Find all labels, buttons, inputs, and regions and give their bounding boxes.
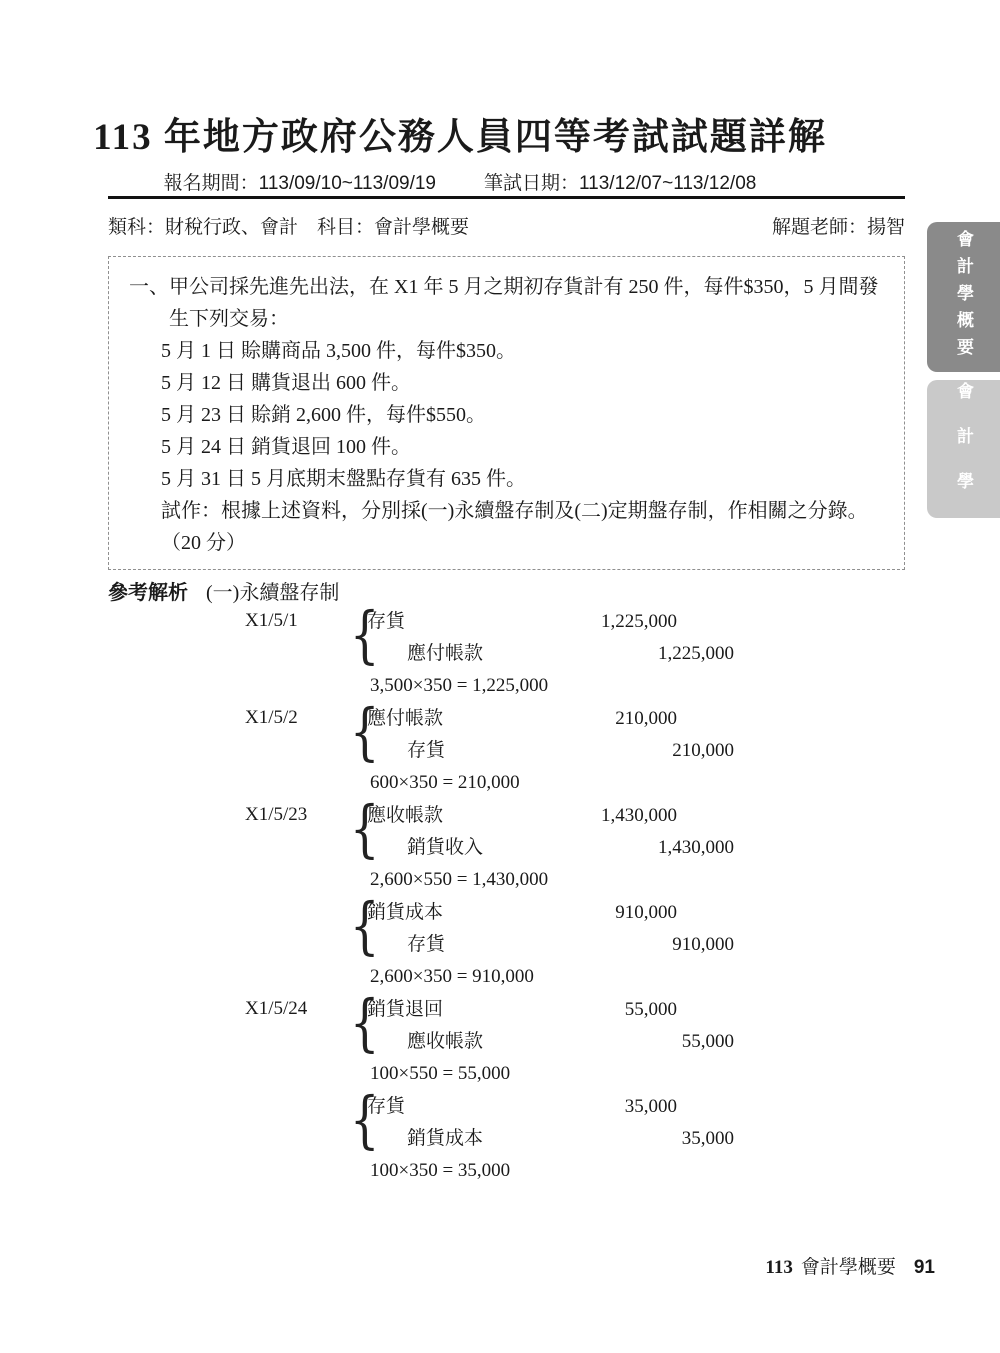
entry-date: X1/5/24: [245, 998, 307, 1020]
debit-row: 銷貨退回 55,000: [367, 994, 1000, 1026]
debit-amount: 1,225,000: [367, 606, 677, 638]
transaction-line: 5 月 31 日 5 月底期末盤點存貨有 635 件。: [161, 463, 888, 495]
credit-row: 存貨 210,000: [367, 735, 1000, 767]
exam-solution-page: 113 年地方政府公務人員四等考試試題詳解 報名期間：113/09/10~113…: [0, 0, 1000, 1353]
question-intro-text: 甲公司採先進先出法，在 X1 年 5 月之期初存貨計有 250 件，每件$350…: [169, 276, 878, 330]
written-exam-date: 筆試日期：113/12/07~113/12/08: [484, 168, 756, 195]
registration-period: 報名期間：113/09/10~113/09/19: [164, 168, 436, 195]
debit-amount: 55,000: [367, 994, 677, 1026]
credit-row: 應收帳款 55,000: [367, 1026, 1000, 1058]
debit-row: 存貨 35,000: [367, 1091, 1000, 1123]
credit-amount: 910,000: [367, 929, 734, 961]
teacher: 解題老師：揚智: [772, 212, 905, 239]
journal-entry: { 存貨 35,000 銷貨成本 35,000 100×350 = 35,000: [245, 1091, 1000, 1188]
debit-amount: 210,000: [367, 703, 677, 735]
transaction-line: 5 月 1 日 賒購商品 3,500 件，每件$350。: [161, 335, 888, 367]
page-footer: 113 會計學概要 91: [765, 1252, 935, 1279]
sidebar-tab-label: 會計學概要: [951, 230, 976, 365]
debit-row: 存貨 1,225,000: [367, 606, 1000, 638]
solution-header: 參考解析(一)永續盤存制: [108, 580, 905, 606]
exam-dates-row: 報名期間：113/09/10~113/09/19 筆試日期：113/12/07~…: [0, 168, 920, 195]
entry-rows: { 應付帳款 210,000 存貨 210,000: [367, 703, 1000, 767]
credit-row: 存貨 910,000: [367, 929, 1000, 961]
journal-entry: X1/5/1 { 存貨 1,225,000 應付帳款 1,225,000 3,5…: [245, 606, 1000, 703]
entry-rows: { 銷貨成本 910,000 存貨 910,000: [367, 897, 1000, 961]
credit-amount: 35,000: [367, 1123, 734, 1155]
credit-row: 銷貨收入 1,430,000: [367, 832, 1000, 864]
solution-part-title: (一)永續盤存制: [206, 582, 339, 604]
debit-amount: 910,000: [367, 897, 677, 929]
debit-row: 應收帳款 1,430,000: [367, 800, 1000, 832]
transaction-line: 5 月 23 日 賒銷 2,600 件，每件$550。: [161, 399, 888, 431]
footer-year: 113: [765, 1257, 792, 1279]
question-points: （20 分）: [161, 527, 888, 559]
credit-row: 銷貨成本 35,000: [367, 1123, 1000, 1155]
entry-date: X1/5/1: [245, 610, 298, 632]
credit-amount: 1,225,000: [367, 638, 734, 670]
debit-row: 應付帳款 210,000: [367, 703, 1000, 735]
entry-date: X1/5/23: [245, 804, 307, 826]
credit-amount: 210,000: [367, 735, 734, 767]
debit-amount: 1,430,000: [367, 800, 677, 832]
entry-rows: { 應收帳款 1,430,000 銷貨收入 1,430,000: [367, 800, 1000, 864]
journal-entry: { 銷貨成本 910,000 存貨 910,000 2,600×350 = 91…: [245, 897, 1000, 994]
footer-page-number: 91: [914, 1257, 935, 1279]
journal-entry: X1/5/23 { 應收帳款 1,430,000 銷貨收入 1,430,000 …: [245, 800, 1000, 897]
credit-row: 應付帳款 1,225,000: [367, 638, 1000, 670]
debit-row: 銷貨成本 910,000: [367, 897, 1000, 929]
question-number: 一、: [129, 276, 169, 298]
transaction-line: 5 月 12 日 購貨退出 600 件。: [161, 367, 888, 399]
solution-label: 參考解析: [108, 582, 188, 604]
page-title: 113 年地方政府公務人員四等考試試題詳解: [0, 106, 920, 160]
credit-amount: 55,000: [367, 1026, 734, 1058]
question-box: 一、甲公司採先進先出法，在 X1 年 5 月之期初存貨計有 250 件，每件$3…: [108, 256, 905, 570]
question-intro: 一、甲公司採先進先出法，在 X1 年 5 月之期初存貨計有 250 件，每件$3…: [129, 271, 888, 335]
meta-row: 類科：財稅行政、會計 科目：會計學概要 解題老師：揚智: [108, 212, 905, 239]
entry-rows: { 銷貨退回 55,000 應收帳款 55,000: [367, 994, 1000, 1058]
journal-entries: X1/5/1 { 存貨 1,225,000 應付帳款 1,225,000 3,5…: [245, 606, 1000, 1188]
question-task: 試作：根據上述資料，分別採(一)永續盤存制及(二)定期盤存制，作相關之分錄。: [161, 495, 888, 527]
entry-formula: 3,500×350 = 1,225,000: [370, 670, 1000, 702]
entry-rows: { 存貨 1,225,000 應付帳款 1,225,000: [367, 606, 1000, 670]
entry-date: X1/5/2: [245, 707, 298, 729]
entry-formula: 600×350 = 210,000: [370, 767, 1000, 799]
entry-formula: 2,600×350 = 910,000: [370, 961, 1000, 993]
transaction-line: 5 月 24 日 銷貨退回 100 件。: [161, 431, 888, 463]
entry-formula: 100×550 = 55,000: [370, 1058, 1000, 1090]
category-subject: 類科：財稅行政、會計 科目：會計學概要: [108, 212, 469, 239]
entry-rows: { 存貨 35,000 銷貨成本 35,000: [367, 1091, 1000, 1155]
sidebar-tab-accounting: 會計學: [927, 380, 1000, 518]
footer-subject: 會計學概要: [801, 1252, 896, 1279]
credit-amount: 1,430,000: [367, 832, 734, 864]
debit-amount: 35,000: [367, 1091, 677, 1123]
header-divider: [108, 196, 905, 199]
transaction-lines: 5 月 1 日 賒購商品 3,500 件，每件$350。5 月 12 日 購貨退…: [129, 335, 888, 495]
entry-formula: 2,600×550 = 1,430,000: [370, 864, 1000, 896]
journal-entry: X1/5/2 { 應付帳款 210,000 存貨 210,000 600×350…: [245, 703, 1000, 800]
journal-entry: X1/5/24 { 銷貨退回 55,000 應收帳款 55,000 100×55…: [245, 994, 1000, 1091]
sidebar-tab-label: 會計學: [951, 382, 976, 517]
sidebar-tab-accounting-outline: 會計學概要: [927, 222, 1000, 372]
entry-formula: 100×350 = 35,000: [370, 1155, 1000, 1187]
